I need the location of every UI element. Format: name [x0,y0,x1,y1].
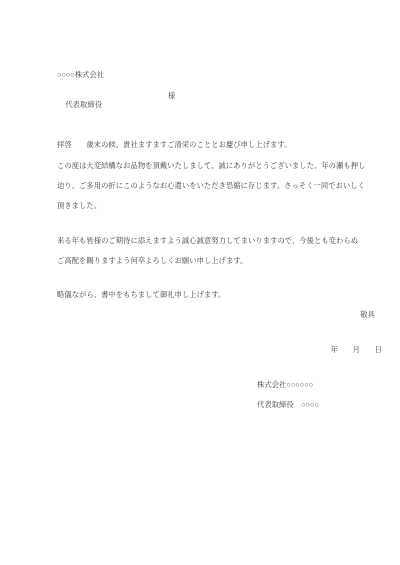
sender-company: 株式会社○○○○○○ [257,380,313,389]
letter-body-line: 頂きました。 [57,201,101,210]
recipient-company: ○○○○株式会社 [57,70,104,79]
recipient-title: 代表取締役 [65,100,102,109]
recipient-honorific: 様 [168,91,175,100]
letter-body-line: 拝啓 歳末の候、貴社ますますご清栄のこととお慶び申し上げます。 [57,140,292,149]
sender-title-and-name: 代表取締役 ○○○○ [257,400,319,409]
letter-body-line: 略儀ながら、書中をもちまして御礼申し上げます。 [57,290,225,299]
letter-body-line: 来る年も皆様のご期待に添えますよう誠心誠意努力してまいりますので、今後とも変わら… [57,236,358,245]
letter-body-line: この度は大変結構なお品物を頂戴いたしまして、誠にありがとうございました。年の瀬も… [57,161,365,170]
recipient-title-row: 代表取締役 様 [57,91,363,127]
letter-page: ○○○○株式会社 代表取締役 様 拝啓 歳末の候、貴社ますますご清栄のこととお慶… [0,0,400,565]
letter-body-line: 迫り、ご多用の折にこのようなお心遣いをいただき恐縮に存じます。さっそく一同でおい… [57,181,365,190]
date-line: 年 月 日 [0,345,382,354]
closing-keigu: 敬具 [0,310,375,319]
letter-body-line: ご高配を賜りますよう何卒よろしくお願い申し上げます。 [57,256,247,265]
